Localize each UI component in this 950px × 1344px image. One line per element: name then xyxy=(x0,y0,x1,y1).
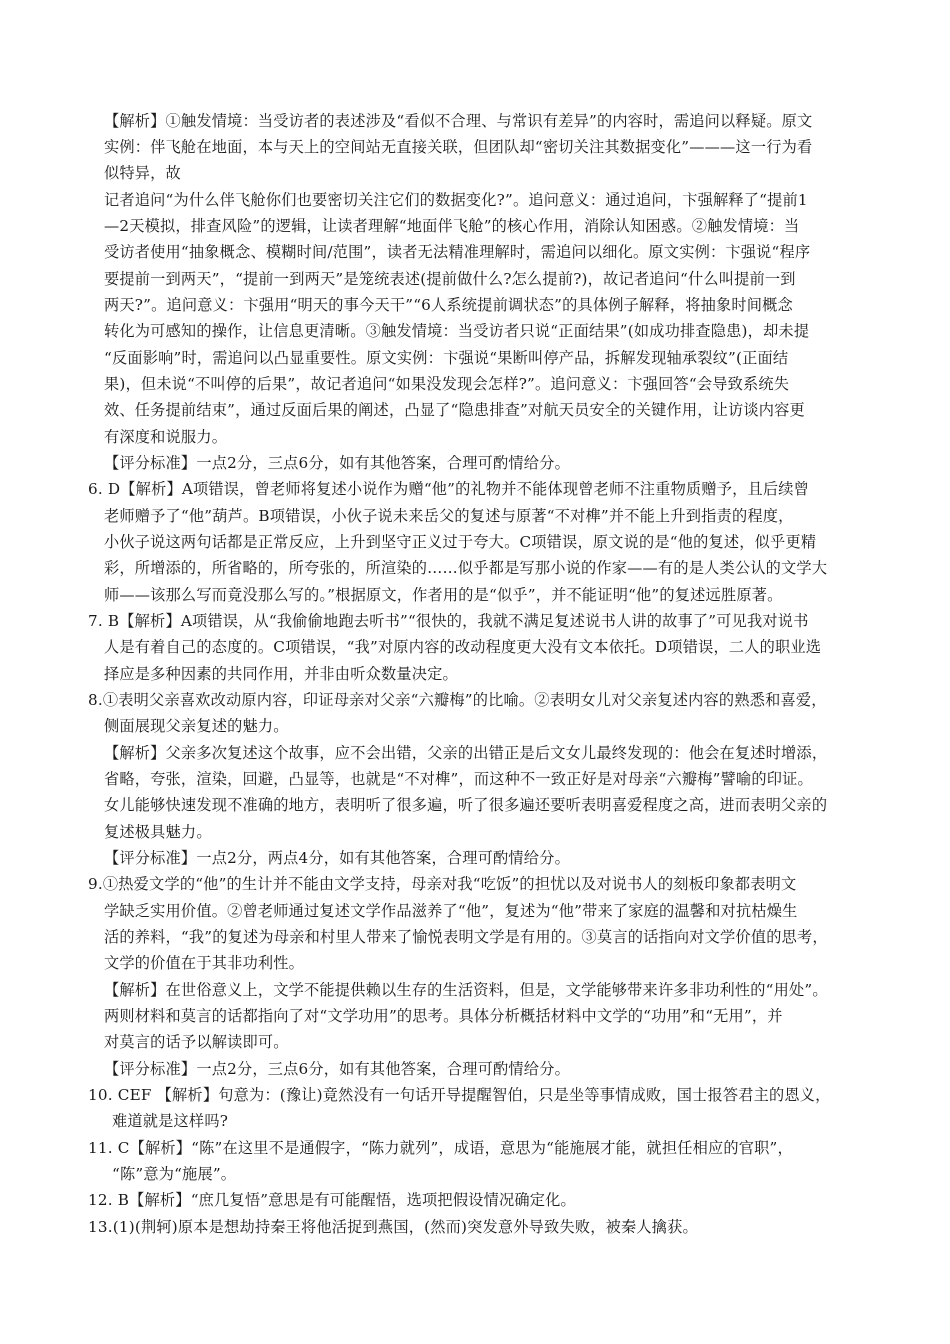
text-line: 【评分标准】一点2分，三点6分，如有其他答案，合理可酌情给分。 xyxy=(104,1056,570,1082)
text-line: 难道就是这样吗? xyxy=(112,1108,228,1134)
text-line: 择应是多种因素的共同作用，并非由听众数量决定。 xyxy=(104,661,458,687)
text-line: 学缺乏实用价值。②曾老师通过复述文学作品滋养了“他”，复述为“他”带来了家庭的温… xyxy=(104,898,798,924)
text-line: 受访者使用“抽象概念、模糊时间/范围”，读者无法精准理解时，需追问以细化。原文实… xyxy=(104,239,810,265)
text-line: 要提前一到两天”，“提前一到两天”是笼统表述(提前做什么?怎么提前?)，故记者追… xyxy=(104,266,796,292)
text-line: 7. B【解析】A项错误，从“我偷偷地跑去听书”“很快的，我就不满足复述说书人讲… xyxy=(88,608,809,634)
text-line: 8.①表明父亲喜欢改动原内容，印证母亲对父亲“六瓣梅”的比喻。②表明女儿对父亲复… xyxy=(88,687,827,713)
text-line: 老师赠予了“他”葫芦。B项错误，小伙子说未来岳父的复述与原著“不对榫”并不能上升… xyxy=(104,503,794,529)
text-line: 两天?”。追问意义：卞强用“明天的事今天干”“6人系统提前调状态”的具体例子解释… xyxy=(104,292,793,318)
text-line: “反面影响”时，需追问以凸显重要性。原文实例：卞强说“果断叫停产品，拆解发现轴承… xyxy=(104,345,788,371)
text-line: 活的养料，“我”的复述为母亲和村里人带来了愉悦表明文学是有用的。③莫言的话指向对… xyxy=(104,924,828,950)
text-line: 实例：伴飞舱在地面，本与天上的空间站无直接关联，但团队却“密切关注其数据变化”—… xyxy=(104,134,812,160)
text-line: 效、任务提前结束”，通过反面后果的阐述，凸显了“隐患排查”对航天员安全的关键作用… xyxy=(104,397,805,423)
document-page: 【解析】①触发情境：当受访者的表述涉及“看似不合理、与常识有差异”的内容时，需追… xyxy=(0,0,950,1344)
text-line: 【评分标准】一点2分，三点6分，如有其他答案，合理可酌情给分。 xyxy=(104,450,570,476)
text-line: 对莫言的话予以解读即可。 xyxy=(104,1029,289,1055)
text-line: 小伙子说这两句话都是正常反应，上升到坚守正义过于夸大。C项错误，原文说的是“他的… xyxy=(104,529,816,555)
text-line: “陈”意为“施展”。 xyxy=(112,1161,236,1187)
text-line: 人是有着自己的态度的。C项错误，“我”对原内容的改动程度更大没有文本依托。D项错… xyxy=(104,634,821,660)
text-line: 文学的价值在于其非功利性。 xyxy=(104,950,304,976)
text-line: 果)，但未说“不叫停的后果”，故记者追问“如果没发现会怎样?”。追问意义：卞强回… xyxy=(104,371,789,397)
text-line: 侧面展现父亲复述的魅力。 xyxy=(104,713,289,739)
text-line: 11. C【解析】“陈”在这里不是通假字，“陈力就列”，成语，意思为“能施展才能… xyxy=(88,1135,793,1161)
text-line: 【解析】父亲多次复述这个故事，应不会出错，父亲的出错正是后文女儿最终发现的：他会… xyxy=(104,740,827,766)
text-line: 有深度和说服力。 xyxy=(104,424,227,450)
text-line: 6. D【解析】A项错误，曾老师将复述小说作为赠“他”的礼物并不能体现曾老师不注… xyxy=(88,476,809,502)
text-line: 记者追问“为什么伴飞舱你们也要密切关注它们的数据变化?”。追问意义：通过追问，卞… xyxy=(104,187,808,213)
text-line: 13.(1)(荆轲)原本是想劫持秦王将他活捉到燕国，(然而)突发意外导致失败，被… xyxy=(88,1214,698,1240)
text-line: 复述极具魅力。 xyxy=(104,819,212,845)
text-line: 彩，所增添的，所省略的，所夸张的，所渲染的……似乎都是写那小说的作家——有的是人… xyxy=(104,555,827,581)
text-line: 【解析】在世俗意义上，文学不能提供赖以生存的生活资料，但是，文学能够带来许多非功… xyxy=(104,977,828,1003)
text-line: 师——该那么写而竟没那么写的。”根据原文，作者用的是“似乎”，并不能证明“他”的… xyxy=(104,582,783,608)
text-line: 女儿能够快速发现不准确的地方，表明听了很多遍，听了很多遍还要听表明喜爱程度之高，… xyxy=(104,792,827,818)
text-line: 10. CEF 【解析】句意为：(豫让)竟然没有一句话开导提醒智伯，只是坐等事情… xyxy=(88,1082,831,1108)
text-line: 9.①热爱文学的“他”的生计并不能由文学支持，母亲对我“吃饭”的担忧以及对说书人… xyxy=(88,871,796,897)
text-line: 【评分标准】一点2分，两点4分，如有其他答案，合理可酌情给分。 xyxy=(104,845,570,871)
text-line: 省略，夸张，渲染，回避，凸显等，也就是“不对榫”，而这种不一致正好是对母亲“六瓣… xyxy=(104,766,813,792)
text-line: 似特异，故 xyxy=(104,160,181,186)
text-line: 两则材料和莫言的话都指向了对“文学功用”的思考。具体分析概括材料中文学的“功用”… xyxy=(104,1003,783,1029)
text-line: 【解析】①触发情境：当受访者的表述涉及“看似不合理、与常识有差异”的内容时，需追… xyxy=(104,108,812,134)
text-line: 12. B【解析】“庶几复悟”意思是有可能醒悟，选项把假设情况确定化。 xyxy=(88,1187,576,1213)
text-line: 转化为可感知的操作，让信息更清晰。③触发情境：当受访者只说“正面结果”(如成功排… xyxy=(104,318,809,344)
text-line: —2天模拟，排查风险”的逻辑，让读者理解“地面伴飞舱”的核心作用，消除认知困惑。… xyxy=(104,213,799,239)
